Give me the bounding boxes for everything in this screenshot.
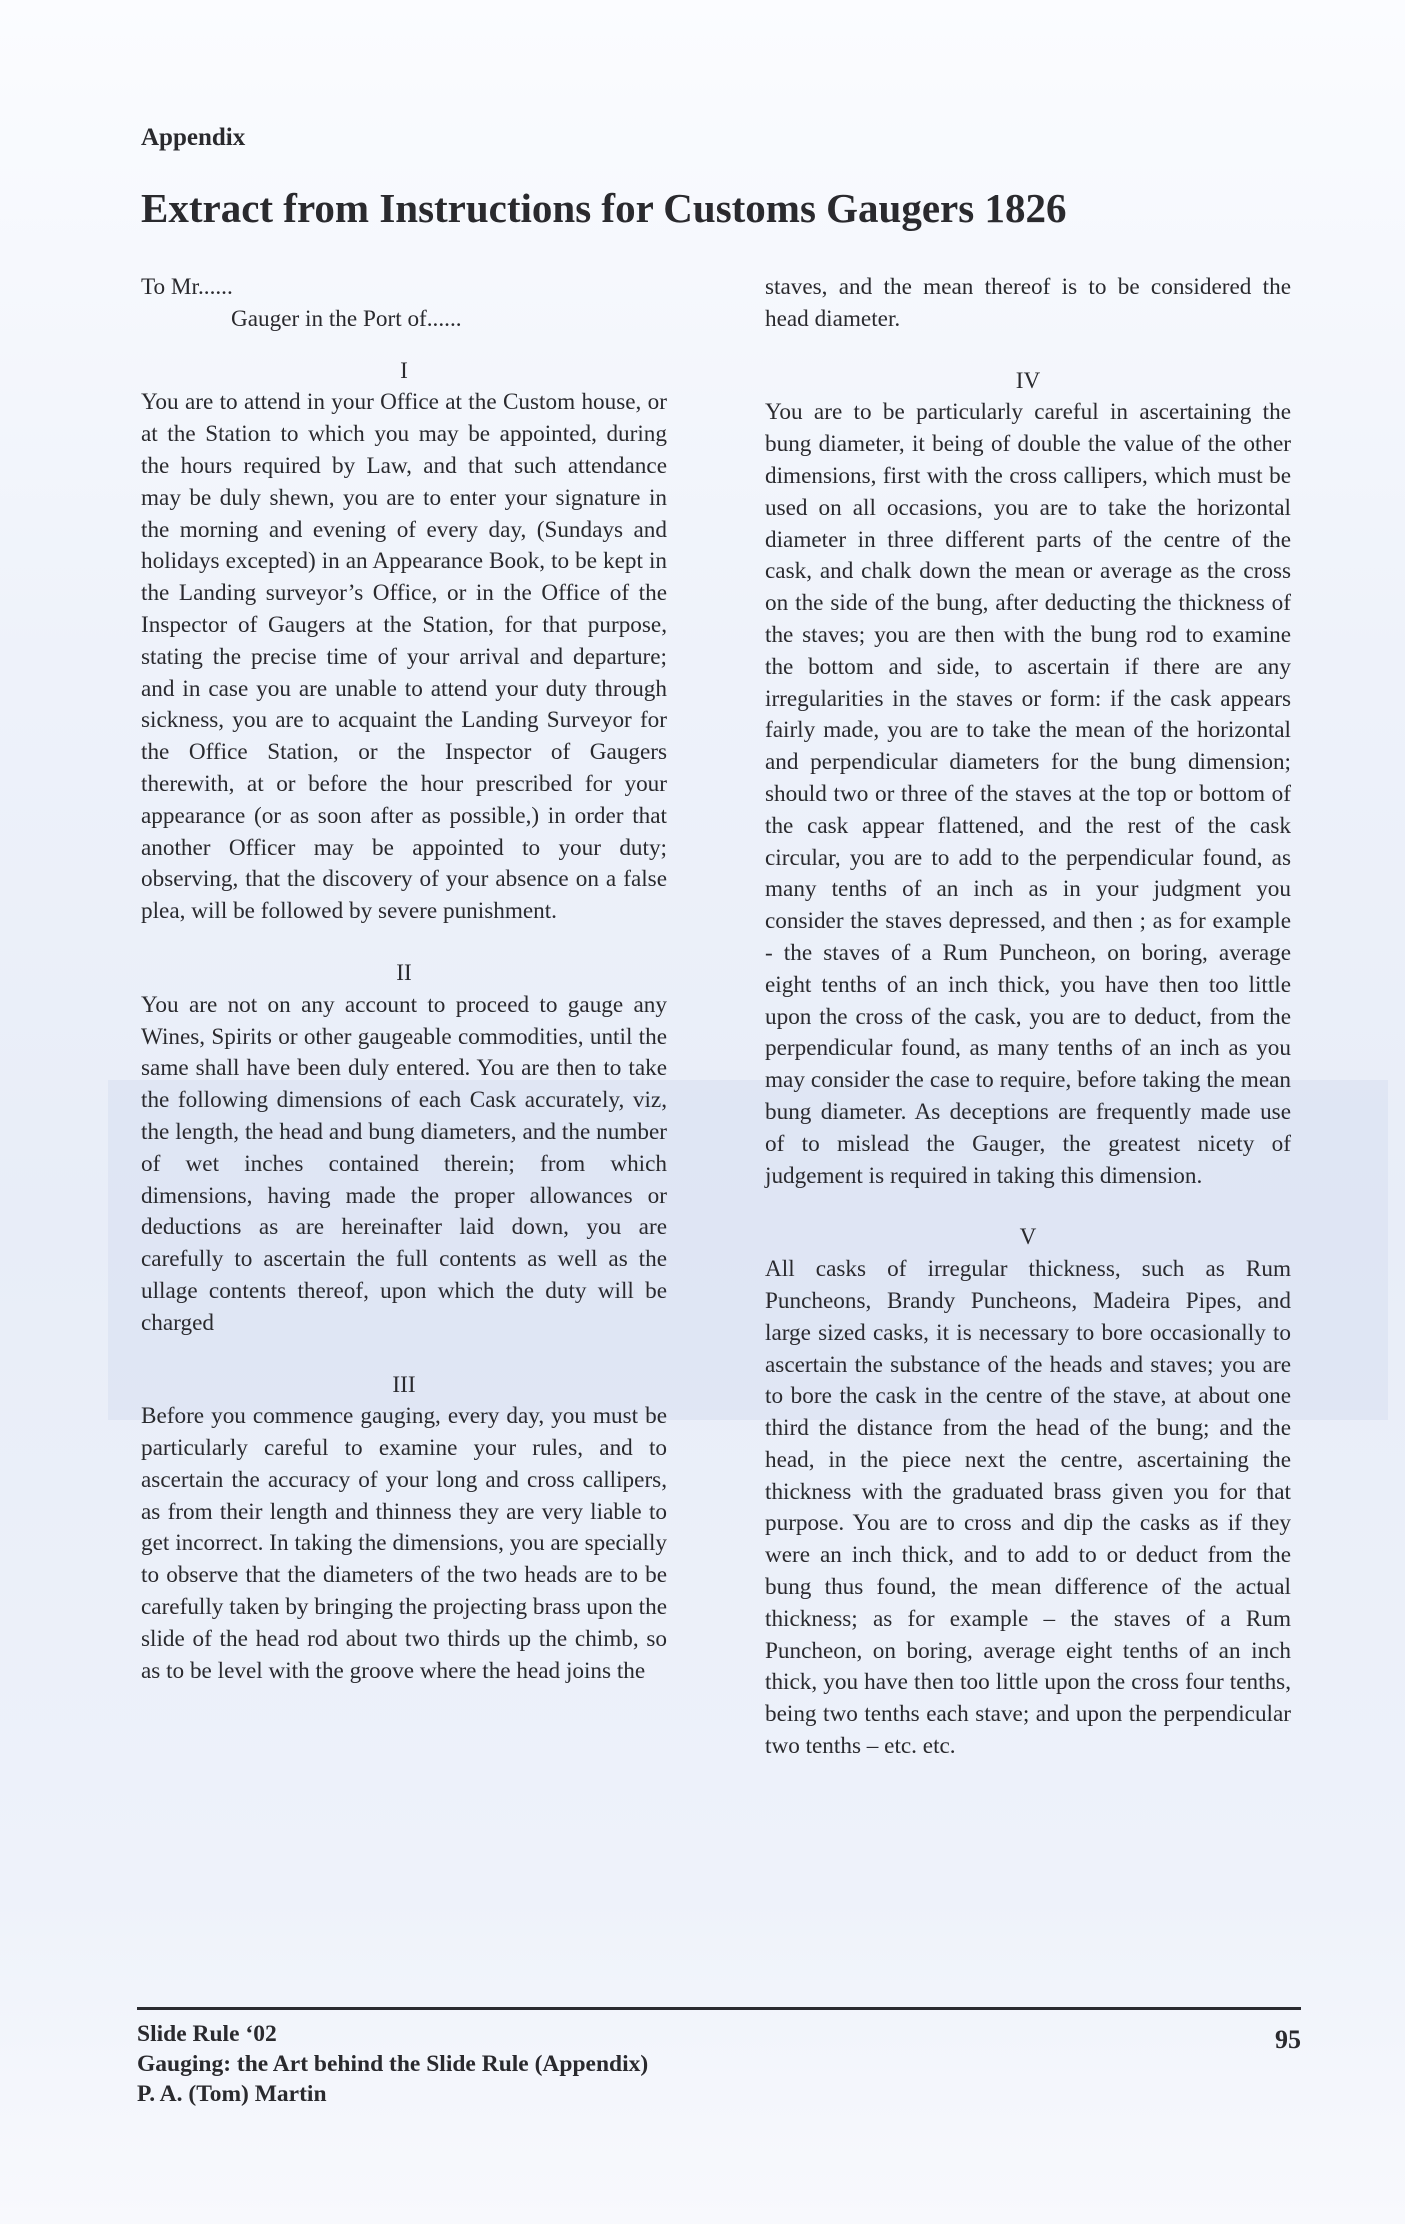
- section-numeral-1: I: [141, 356, 667, 388]
- section-text-3-continued: staves, and the mean thereof is to be co…: [765, 272, 1291, 336]
- section-label: Appendix: [141, 124, 245, 152]
- section-numeral-2: II: [141, 958, 667, 990]
- section-text-3: Before you commence gauging, every day, …: [141, 1401, 667, 1687]
- section-numeral-5: V: [765, 1222, 1291, 1254]
- section-text-2: You are not on any account to proceed to…: [141, 990, 667, 1340]
- footer-author: P. A. (Tom) Martin: [137, 2079, 1301, 2109]
- right-column: staves, and the mean thereof is to be co…: [765, 272, 1291, 1763]
- section-numeral-4: IV: [765, 366, 1291, 398]
- section-text-1: You are to attend in your Office at the …: [141, 387, 667, 928]
- page-footer: Slide Rule ‘02 Gauging: the Art behind t…: [137, 2019, 1301, 2109]
- page-title: Extract from Instructions for Customs Ga…: [141, 184, 1066, 232]
- footer-divider: [137, 2007, 1301, 2010]
- footer-publication: Slide Rule ‘02: [137, 2019, 1301, 2049]
- section-numeral-3: III: [141, 1370, 667, 1402]
- left-column: To Mr...... Gauger in the Port of...... …: [141, 272, 667, 1687]
- section-text-5: All casks of irregular thickness, such a…: [765, 1254, 1291, 1763]
- salutation: To Mr......: [141, 272, 667, 304]
- page-number: 95: [1275, 2025, 1301, 2055]
- section-text-4: You are to be particularly careful in as…: [765, 397, 1291, 1192]
- footer-article-title: Gauging: the Art behind the Slide Rule (…: [137, 2049, 1301, 2079]
- addressee-line: Gauger in the Port of......: [141, 304, 667, 336]
